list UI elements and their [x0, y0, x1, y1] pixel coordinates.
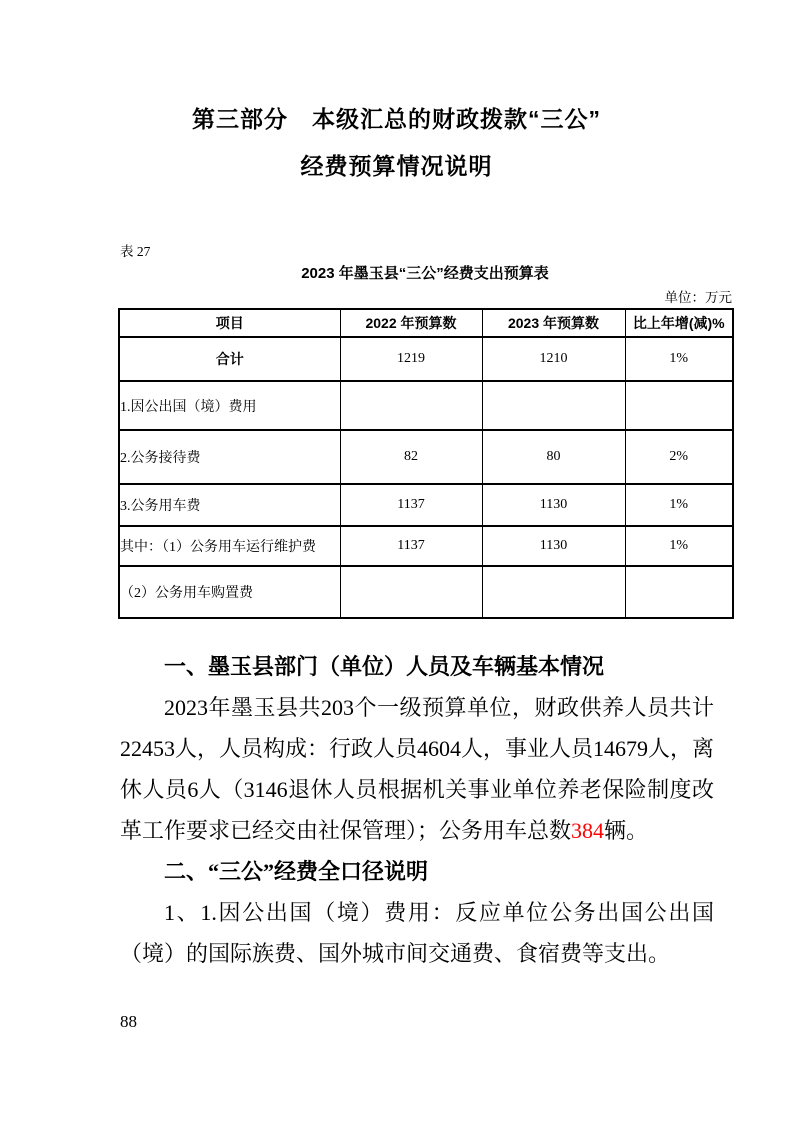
header-cell-2023-budget: 2023 年预算数: [482, 309, 625, 337]
paragraph-2: 1、1.因公出国（境）费用：反应单位公务出国公出国（境）的国际族费、国外城市间交…: [120, 892, 714, 974]
table-row-abroad-expense: 1.因公出国（境）费用: [119, 381, 733, 430]
cell-2022-value: [340, 566, 482, 618]
vehicle-total-highlight: 384: [571, 818, 604, 843]
table-number-label: 表 27: [120, 240, 150, 260]
table-unit-note: 单位：万元: [118, 286, 732, 306]
cell-2023-value: 1130: [482, 484, 625, 526]
cell-2022-value: 82: [340, 430, 482, 484]
row-label: 其中：（1）公务用车运行维护费: [119, 526, 340, 566]
row-label: 2.公务接待费: [119, 430, 340, 484]
cell-2022-value: 1137: [340, 526, 482, 566]
page-number: 88: [120, 1012, 137, 1032]
cell-change-value: 1%: [625, 337, 733, 381]
cell-change-value: 1%: [625, 526, 733, 566]
table-row-vehicle-expense: 3.公务用车费 1137 1130 1%: [119, 484, 733, 526]
document-title-line-2: 经费预算情况说明: [0, 143, 793, 190]
document-page: 第三部分 本级汇总的财政拨款“三公” 经费预算情况说明 表 27 2023 年墨…: [0, 0, 793, 1122]
budget-table: 项目 2022 年预算数 2023 年预算数 比上年增(减)% 合计 1219 …: [118, 308, 734, 619]
paragraph-1-tail: 辆。: [604, 818, 648, 843]
document-title-line-1: 第三部分 本级汇总的财政拨款“三公”: [0, 96, 793, 143]
cell-2023-value: [482, 566, 625, 618]
cell-change-value: 2%: [625, 430, 733, 484]
cell-2022-value: [340, 381, 482, 430]
table-header-row: 项目 2022 年预算数 2023 年预算数 比上年增(减)%: [119, 309, 733, 337]
row-label: （2）公务用车购置费: [119, 566, 340, 618]
cell-change-value: [625, 381, 733, 430]
table-row-vehicle-maintenance: 其中：（1）公务用车运行维护费 1137 1130 1%: [119, 526, 733, 566]
cell-change-value: 1%: [625, 484, 733, 526]
row-label: 1.因公出国（境）费用: [119, 381, 340, 430]
row-label: 3.公务用车费: [119, 484, 340, 526]
table-row-vehicle-purchase: （2）公务用车购置费: [119, 566, 733, 618]
table-row-reception-expense: 2.公务接待费 82 80 2%: [119, 430, 733, 484]
header-cell-item: 项目: [119, 309, 340, 337]
cell-2022-value: 1219: [340, 337, 482, 381]
section-heading-1: 一、墨玉县部门（单位）人员及车辆基本情况: [120, 646, 714, 687]
row-label: 合计: [119, 337, 340, 381]
section-heading-2: 二、“三公”经费全口径说明: [120, 851, 714, 892]
cell-2023-value: [482, 381, 625, 430]
document-title: 第三部分 本级汇总的财政拨款“三公” 经费预算情况说明: [0, 96, 793, 190]
cell-change-value: [625, 566, 733, 618]
cell-2022-value: 1137: [340, 484, 482, 526]
header-cell-change-pct: 比上年增(减)%: [625, 309, 733, 337]
body-text: 一、墨玉县部门（单位）人员及车辆基本情况 2023年墨玉县共203个一级预算单位…: [120, 646, 714, 974]
cell-2023-value: 1210: [482, 337, 625, 381]
header-cell-2022-budget: 2022 年预算数: [340, 309, 482, 337]
table-row-total: 合计 1219 1210 1%: [119, 337, 733, 381]
paragraph-1: 2023年墨玉县共203个一级预算单位，财政供养人员共计22453人，人员构成：…: [120, 687, 714, 851]
cell-2023-value: 1130: [482, 526, 625, 566]
table-caption: 2023 年墨玉县“三公”经费支出预算表: [118, 262, 732, 283]
cell-2023-value: 80: [482, 430, 625, 484]
